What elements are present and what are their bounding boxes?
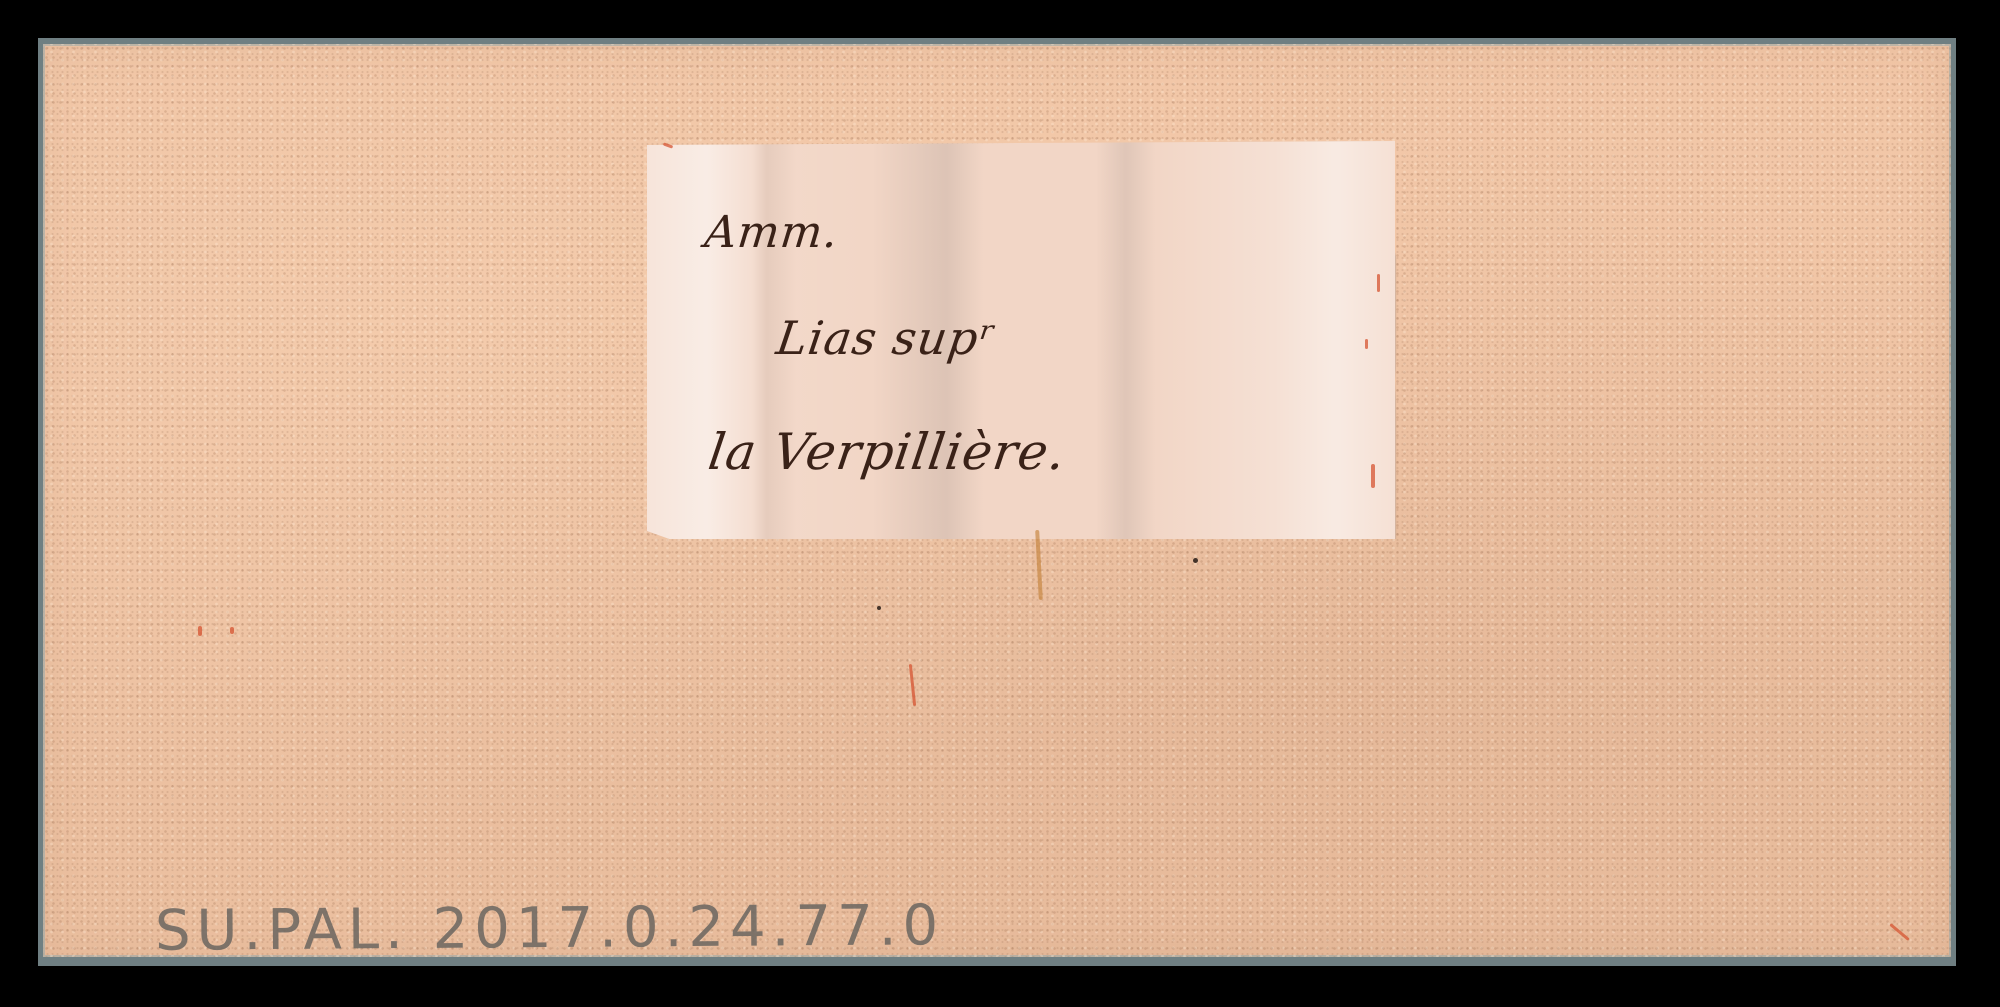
ink-dot (1193, 558, 1198, 563)
ochre-streak (1035, 530, 1043, 600)
red-mark (230, 627, 234, 634)
label-line-locality: la Verpillière. (705, 423, 1070, 481)
ink-dot (877, 606, 881, 610)
label-line-taxon: Amm. (702, 207, 841, 258)
handwritten-label: Amm. Lias supʳ la Verpillière. (647, 141, 1395, 539)
red-mark (198, 626, 202, 636)
red-mark (909, 664, 916, 706)
red-mark (1889, 923, 1909, 941)
catalog-number: SU.PAL. 2017.0.24.77.0 (155, 893, 945, 964)
label-line-stratum: Lias supʳ (773, 311, 999, 365)
specimen-card-back: Amm. Lias supʳ la Verpillière. SU.PAL. 2… (38, 38, 1956, 966)
